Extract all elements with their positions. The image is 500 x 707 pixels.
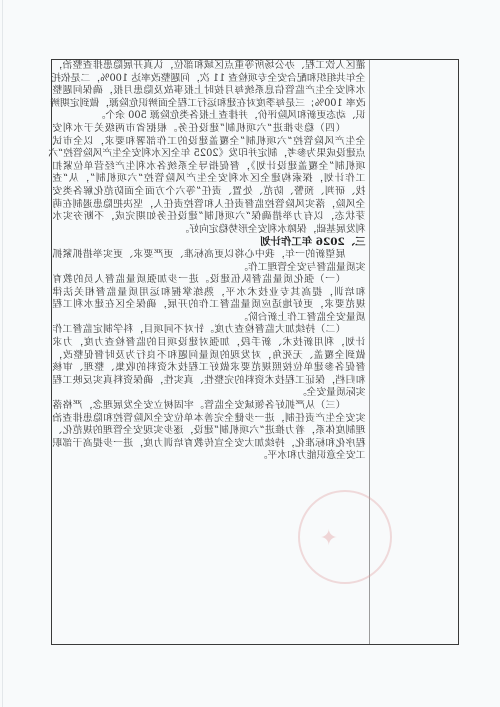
text-line: 改率 100%；三是每季度对在建和运行工程全面辨识危险源，做到定期辨 bbox=[53, 98, 366, 111]
text-line: 实安全生产责任制，进一步健全完善本单位安全风险管控和隐患排查治 bbox=[53, 413, 366, 426]
text-line: 程序化和标准化，持续加大安全宣传教育培训力度，进一步提高干部职 bbox=[53, 438, 366, 451]
text-line: 水利安全生产监管信息系统每月按时上报事故及隐患月报，确保问题整 bbox=[53, 85, 366, 98]
document-page: 灌区人饮工程、办公场所等重点区域和部位，认真开展隐患排查整治， 全年共组织和配合… bbox=[0, 0, 500, 707]
mirrored-scan: 灌区人饮工程、办公场所等重点区域和部位，认真开展隐患排查整治， 全年共组织和配合… bbox=[0, 0, 500, 707]
text-line: 利发展基础，保障水利安全形势稳定向好。 bbox=[53, 224, 366, 237]
text-line: 全风险，落实风险管控监督责任人和管控责任人，坚决把隐患遏制在萌 bbox=[53, 199, 366, 212]
text-line: 项机制”全覆盖建设计划》，督促指导全系统各水利生产经营单位紧扣 bbox=[53, 161, 366, 174]
text-line: 芽状态，以有力举措确保“六项机制”建设任务如期完成，不断夯实水 bbox=[53, 211, 366, 224]
text-line: 督促各参建单位按照规范要求做好工程技术资料的收集、整理、审核 bbox=[53, 362, 366, 375]
text-line: 全生产风险管控“六项机制”全覆盖建设的工作部署和要求，以全市试 bbox=[53, 136, 366, 149]
page-edge-line bbox=[2, 0, 3, 707]
content-cell: 灌区人饮工程、办公场所等重点区域和部位，认真开展隐患排查整治， 全年共组织和配合… bbox=[53, 60, 366, 463]
paragraph-start-line: （一）强化质量监督队伍建设。进一步加强质量监督人员的教育 bbox=[53, 274, 366, 287]
text-line: 规范要求，更好地适应质量监督工作的开展，确保全区在建水利工程 bbox=[53, 299, 366, 312]
text-line: 质量安全监督工作上新台阶。 bbox=[53, 312, 366, 325]
text-line: 灌区人饮工程、办公场所等重点区域和部位，认真开展隐患排查整治， bbox=[53, 60, 366, 73]
seal-mark-icon: ✦ bbox=[318, 522, 338, 556]
text-line: 实际质量安全。 bbox=[53, 387, 366, 400]
text-line: 和归档，保证工程技术资料的完整性、真实性，确保资料真实反映工程 bbox=[53, 375, 366, 388]
official-seal-stamp: ✦ bbox=[298, 490, 392, 584]
text-line: 理制度体系，着力推进“六项机制”建设，逐步实现安全管理的规范化、 bbox=[53, 425, 366, 438]
paragraph-start-line: （四）稳步推进“六项机制”建设任务。根据省市两级关于水利安 bbox=[53, 123, 366, 136]
text-line: 点建设成果为参考，制定并印发《2025 年全区水利安全生产风险管控“六 bbox=[53, 148, 366, 161]
text-line: 做到全覆盖、无死角，对发现的质量问题和不良行为及时督促整改， bbox=[53, 350, 366, 363]
text-line: 识、动态更新和风险评价，并排查上报各类危险源 500 余个。 bbox=[53, 110, 366, 123]
paragraph-start-line: （三）从严抓好各领域安全监管。牢固树立安全发展理念，严格落 bbox=[53, 400, 366, 413]
text-line: 工作计划，探索构建全区水利安全生产风险管控“六项机制”，从“查 bbox=[53, 173, 366, 186]
section-heading: 三、2026 年工作计划 bbox=[53, 236, 366, 249]
text-line: 工安全意识能力和水平。 bbox=[53, 450, 366, 463]
text-line: 计划，利用新技术、新手段，加强对建设项目的监督检查力度，力求 bbox=[53, 337, 366, 350]
report-table: 灌区人饮工程、办公场所等重点区域和部位，认真开展隐患排查整治， 全年共组织和配合… bbox=[51, 59, 459, 645]
paragraph-start-line: （二）持续加大监督检查力度。针对不同项目，科学制定监督工作 bbox=[53, 324, 366, 337]
text-line: 和培训，提高其专业技术水平，熟练掌握和运用质量监督相关法律 bbox=[53, 287, 366, 300]
text-line: 全年共组织和配合安全专项检查 11 次，问题整改率达 100%，二是依托 bbox=[53, 73, 366, 86]
paragraph-start-line: 展望新的一年，我中心将以更高标准、更严要求、更实举措抓紧抓 bbox=[53, 249, 366, 262]
text-line: 找、研判、预警、防范、处置、责任”等六个方面全面防范化解各类安 bbox=[53, 186, 366, 199]
text-line: 实质量监督与安全管理工作。 bbox=[53, 262, 366, 275]
